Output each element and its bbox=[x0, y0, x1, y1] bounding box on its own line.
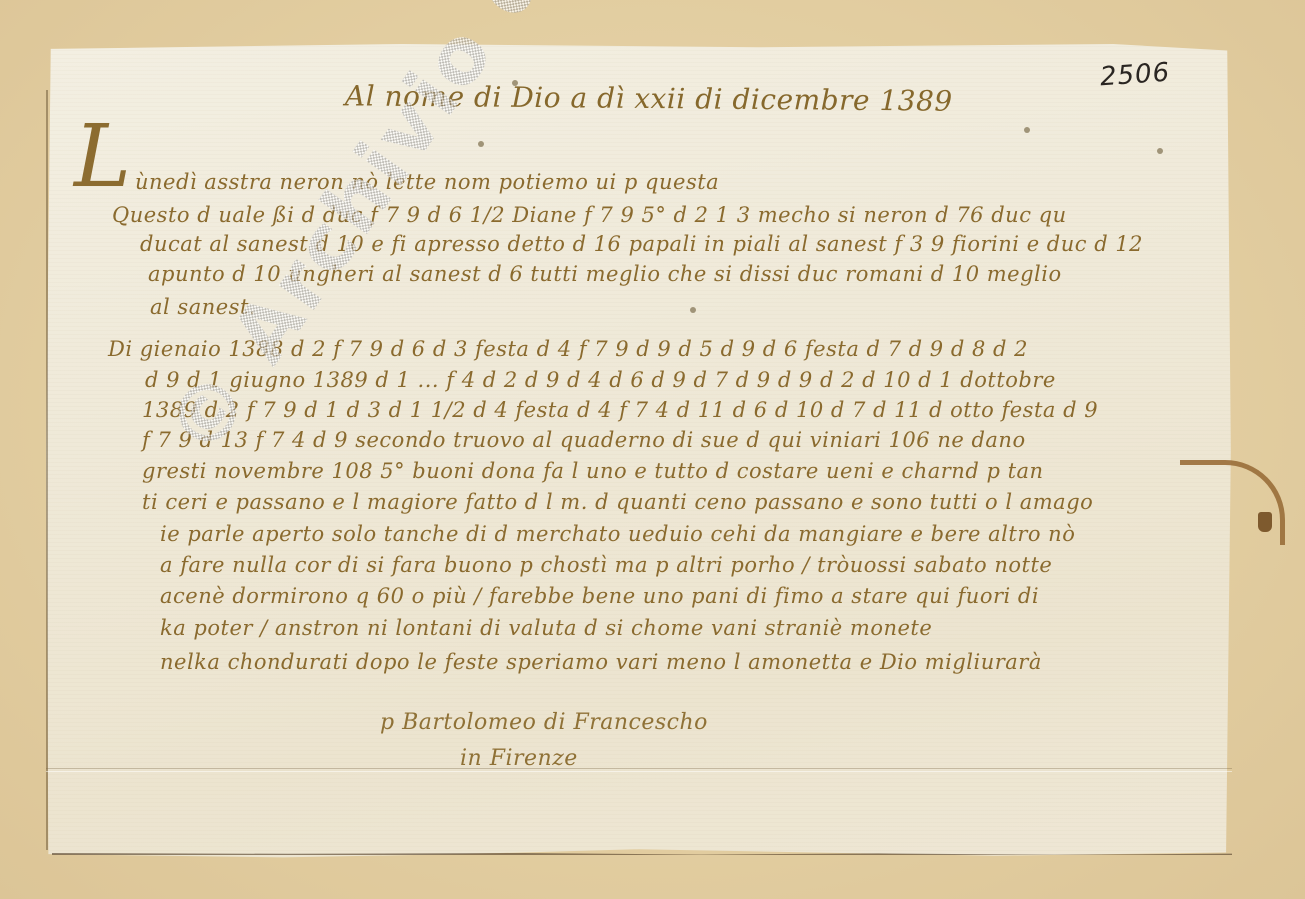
letter-line: Questo d uale ßi d duc f 7 9 d 6 1/2 Dia… bbox=[112, 203, 1067, 227]
wormhole bbox=[690, 307, 696, 313]
letter-line: a fare nulla cor di si fara buono p chos… bbox=[160, 553, 1052, 577]
paper-left-edge bbox=[46, 90, 48, 850]
paper-fold-line bbox=[46, 768, 1232, 769]
letter-line: nelka chondurati dopo le feste speriamo … bbox=[160, 650, 1042, 674]
signature-sender: p Bartolomeo di Francescho bbox=[380, 710, 708, 735]
wormhole bbox=[478, 141, 484, 147]
letter-line: ie parle aperto solo tanche di d merchat… bbox=[160, 522, 1075, 546]
letter-line: acenè dormirono q 60 o più / farebbe ben… bbox=[160, 584, 1039, 608]
wormhole bbox=[1157, 148, 1163, 154]
letter-line: f 7 9 d 13 f 7 4 d 9 secondo truovo al q… bbox=[142, 428, 1026, 452]
binding-string-end bbox=[1258, 512, 1272, 532]
letter-line: 1389 d 2 f 7 9 d 1 d 3 d 1 1/2 d 4 festa… bbox=[142, 398, 1098, 422]
letter-line: ti ceri e passano e l magiore fatto d l … bbox=[142, 490, 1093, 514]
paper-fold-highlight bbox=[46, 771, 1232, 772]
decorated-initial: L bbox=[74, 114, 131, 200]
wormhole bbox=[1024, 127, 1030, 133]
archive-number: 2506 bbox=[1099, 58, 1171, 93]
signature-place: in Firenze bbox=[460, 746, 578, 771]
letter-line: ka poter / anstron ni lontani di valuta … bbox=[160, 616, 932, 640]
letter-line: gresti novembre 108 5° buoni dona fa l u… bbox=[142, 459, 1044, 483]
